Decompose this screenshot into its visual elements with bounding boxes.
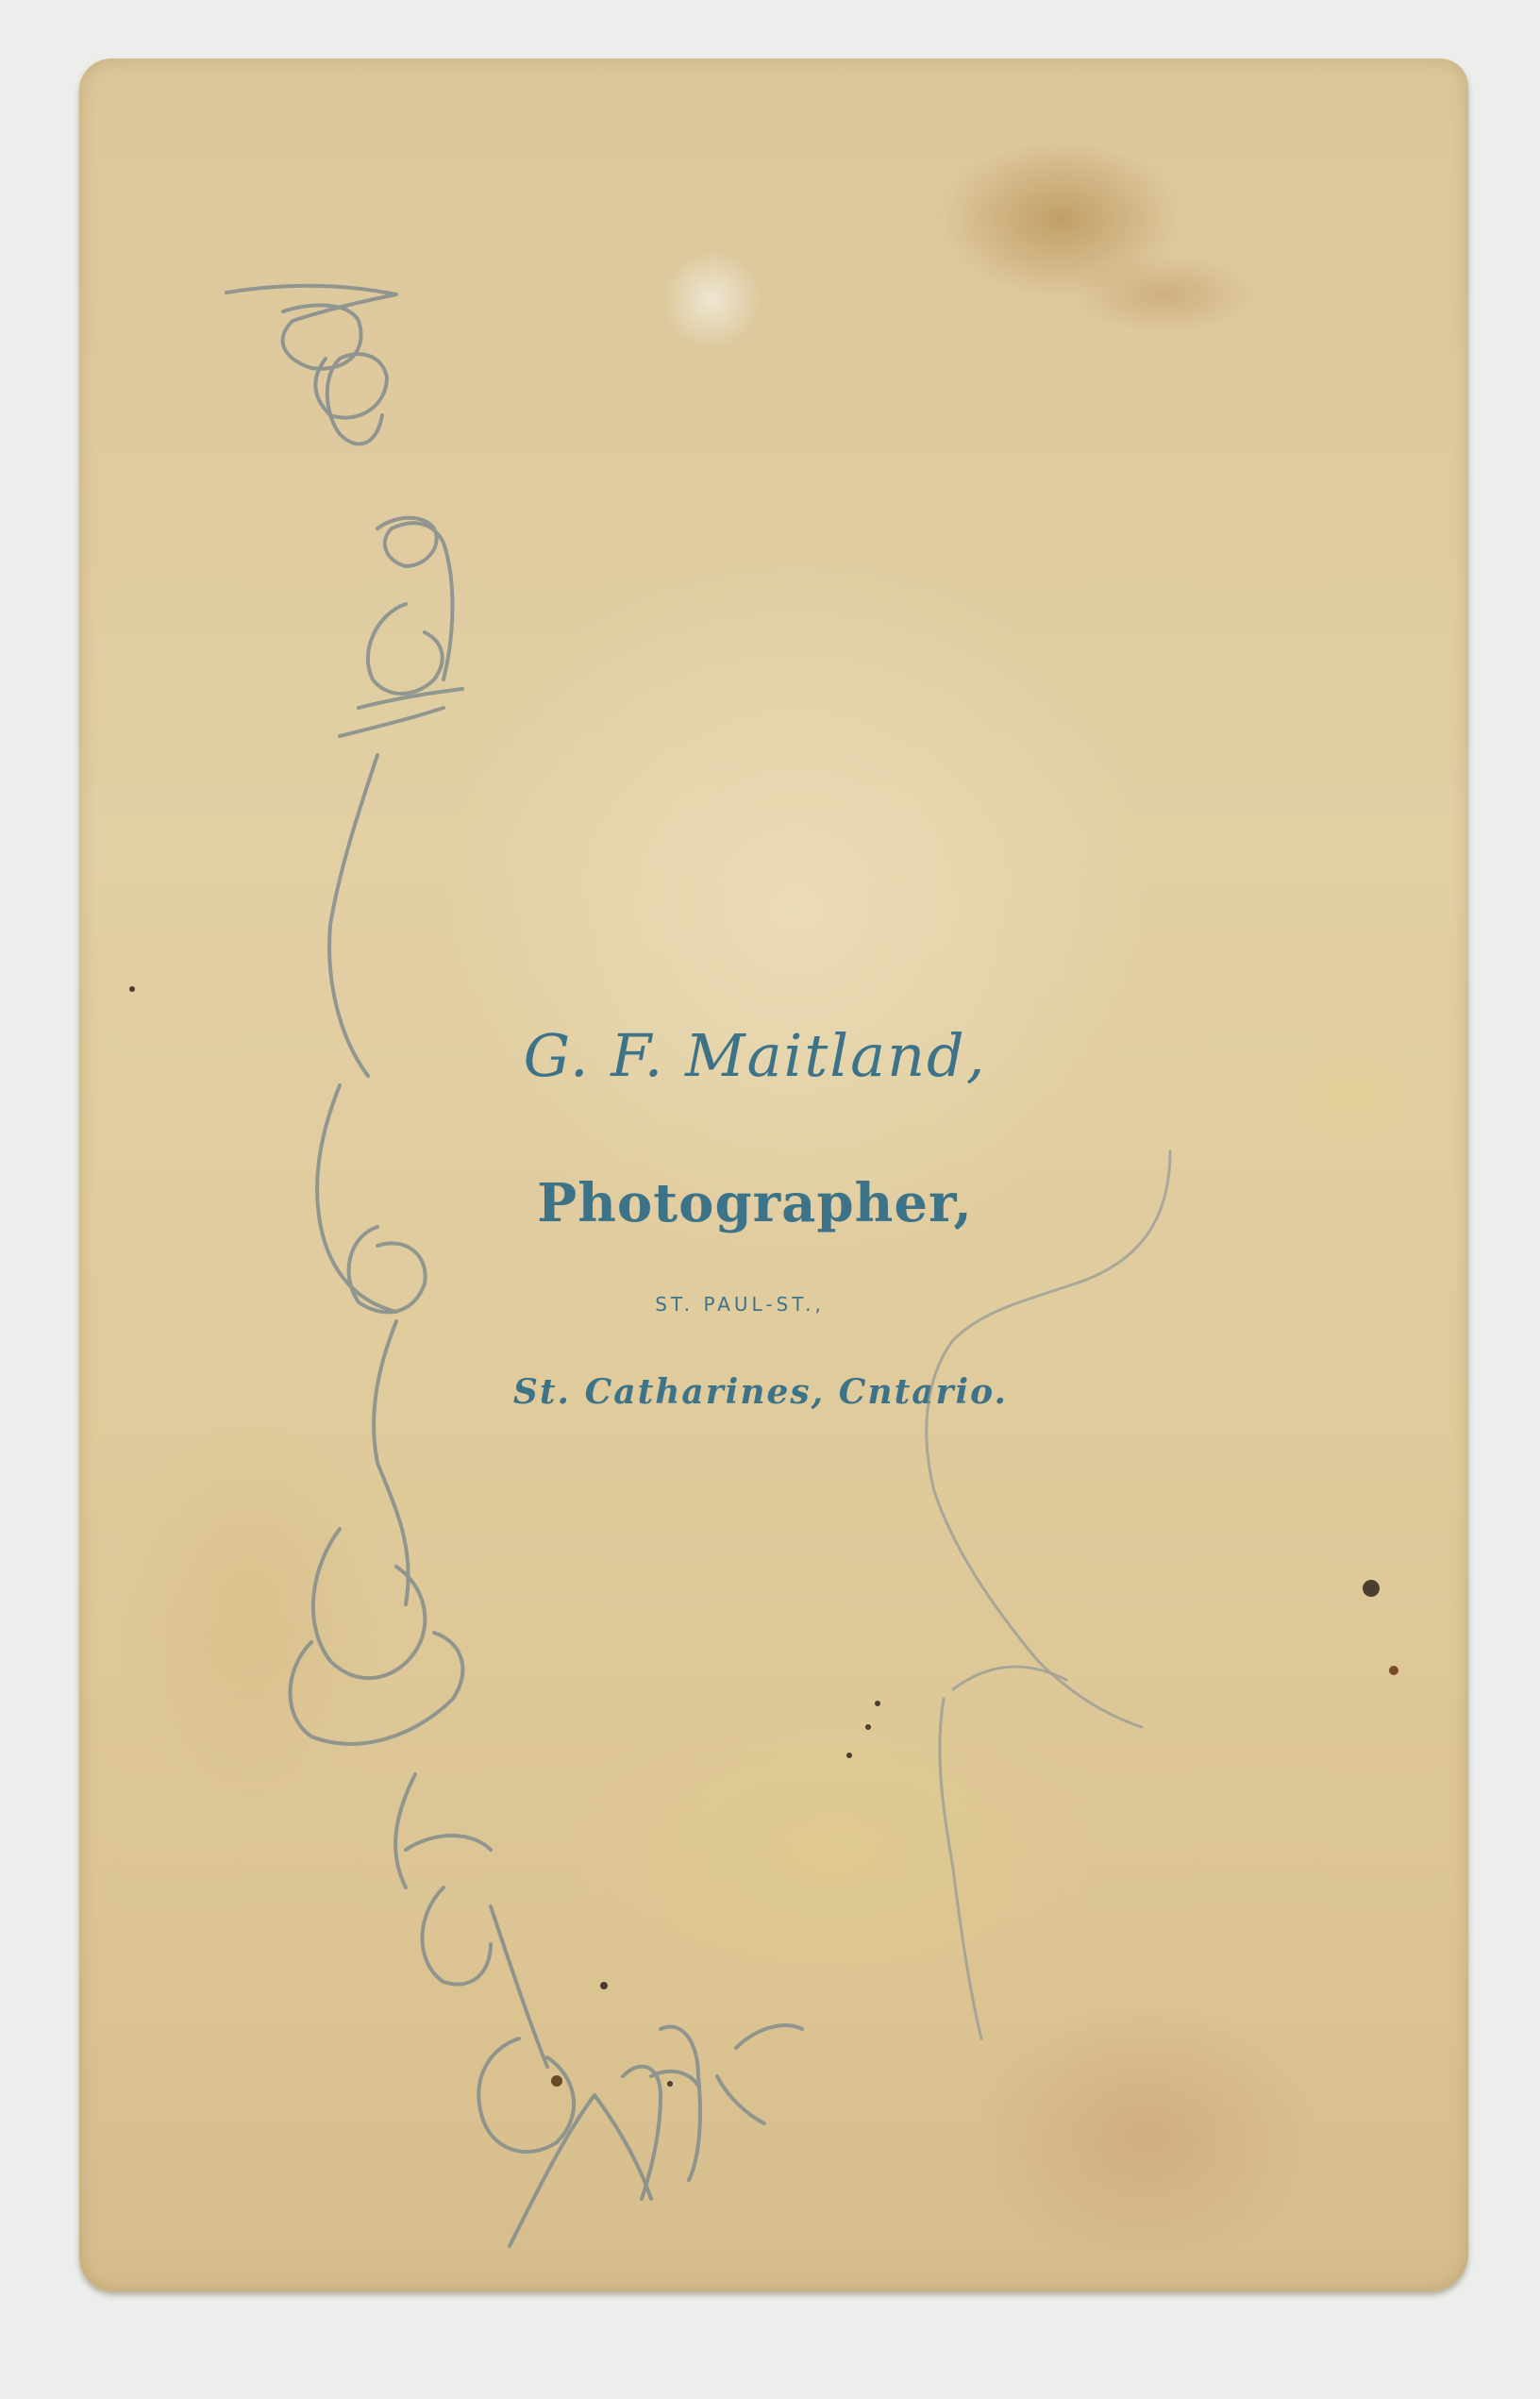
pencil-scribbles (0, 0, 1540, 2399)
